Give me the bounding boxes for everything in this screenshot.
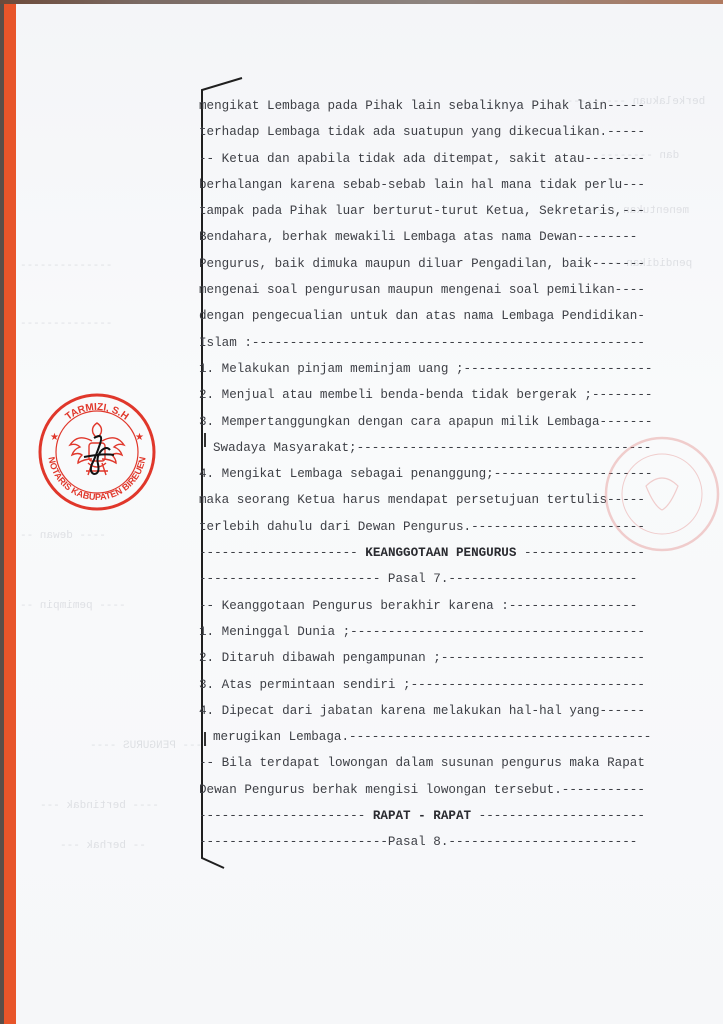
text-line: Bendahara, berhak mewakili Lembaga atas … xyxy=(199,224,689,250)
text-line: 3. Mempertanggungkan dengan cara apapun … xyxy=(199,409,689,435)
text-line: -------------------------Pasal 8.-------… xyxy=(199,829,689,855)
text-line: ------------------------ Pasal 7.-------… xyxy=(199,566,689,592)
document-page: berkelakuan ---------- dan -------- mene… xyxy=(0,0,723,1024)
text-line: 4. Dipecat dari jabatan karena melakukan… xyxy=(199,698,689,724)
bleed-through-text: -------------- xyxy=(20,318,112,330)
text-line: tampak pada Pihak luar berturut-turut Ke… xyxy=(199,198,689,224)
garuda-emblem-icon xyxy=(70,423,124,475)
bleed-through-text: -- berhak --- xyxy=(60,840,146,852)
text-line: Pengurus, baik dimuka maupun diluar Peng… xyxy=(199,251,689,277)
text-line: mengenai soal pengurusan maupun mengenai… xyxy=(199,277,689,303)
text-line: mengikat Lembaga pada Pihak lain sebalik… xyxy=(199,93,689,119)
svg-text:★: ★ xyxy=(135,432,144,443)
emblem-icon xyxy=(646,478,678,510)
section-heading-line: ---------------------- RAPAT - RAPAT ---… xyxy=(199,803,689,829)
text-line: Islam :---------------------------------… xyxy=(199,330,689,356)
notary-stamp: TARMIZI, S.H NOTARIS KABUPATEN BIREUEN ★… xyxy=(36,393,158,511)
bleed-through-text: ---- dewan -- xyxy=(20,530,106,542)
bleed-through-text: ---- bertindak --- xyxy=(40,800,159,812)
text-line: 1. Meninggal Dunia ;--------------------… xyxy=(199,619,689,645)
text-line: 3. Atas permintaan sendiri ;------------… xyxy=(199,672,689,698)
text-line: 1. Melakukan pinjam meminjam uang ;-----… xyxy=(199,356,689,382)
svg-text:TARMIZI, S.H: TARMIZI, S.H xyxy=(64,402,131,423)
text-line: dengan pengecualian untuk dan atas nama … xyxy=(199,303,689,329)
text-line: berhalangan karena sebab-sebab lain hal … xyxy=(199,172,689,198)
text-line: 2. Menjual atau membeli benda-benda tida… xyxy=(199,382,689,408)
text-line: 2. Ditaruh dibawah pengampunan ;--------… xyxy=(199,645,689,671)
faint-seal-stamp xyxy=(602,434,722,554)
text-line: terhadap Lembaga tidak ada suatupun yang… xyxy=(199,119,689,145)
bleed-through-text: -------------- xyxy=(20,260,112,272)
svg-text:★: ★ xyxy=(50,432,59,443)
text-line: -- Keanggotaan Pengurus berakhir karena … xyxy=(199,593,689,619)
text-line: merugikan Lembaga.----------------------… xyxy=(199,724,689,750)
scan-top-edge xyxy=(0,0,723,4)
orange-binding-strip xyxy=(4,0,16,1024)
text-line: Dewan Pengurus berhak mengisi lowongan t… xyxy=(199,777,689,803)
text-line: -- Bila terdapat lowongan dalam susunan … xyxy=(199,750,689,776)
text-line: -- Ketua dan apabila tidak ada ditempat,… xyxy=(199,146,689,172)
bleed-through-text: ---- pemimpin -- xyxy=(20,600,126,612)
